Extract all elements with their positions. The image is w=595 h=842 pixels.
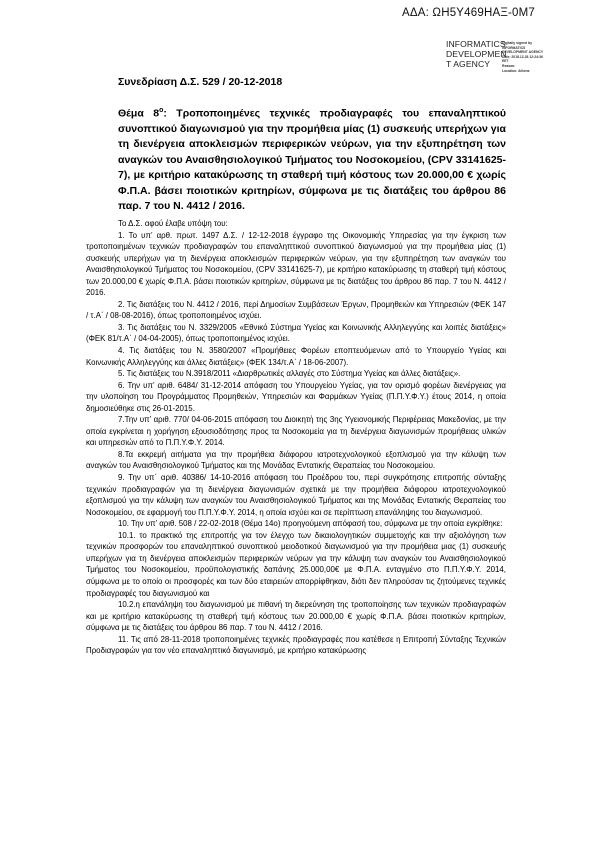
logo-line: T AGENCY (446, 60, 507, 70)
subject-heading: Θέμα 8ο: Τροποποιημένες τεχνικές προδιαγ… (118, 103, 506, 214)
body-intro: Το Δ.Σ. αφού έλαβε υπόψη του: (86, 218, 506, 230)
session-title: Συνεδρίαση Δ.Σ. 529 / 20-12-2018 (118, 76, 282, 88)
body-item-9: 9. Την υπ΄ αριθ. 40386/ 14-10-2016 απόφα… (86, 472, 506, 518)
body-item-10: 10. Την υπ’ αριθ. 508 / 22-02-2018 (Θέμα… (86, 518, 506, 530)
body-item-2: 2. Τις διατάξεις του Ν. 4412 / 2016, περ… (86, 299, 506, 322)
body-item-7: 7.Την υπ’ αριθ. 770/ 04-06-2015 απόφαση … (86, 414, 506, 449)
body-item-5: 5. Τις διατάξεις του Ν.3918/2011 «Διαρθρ… (86, 368, 506, 380)
ada-code: ΑΔΑ: ΩΗ5Υ469ΗΑΞ-0Μ7 (402, 7, 535, 19)
body-item-8: 8.Τα εκκρεμή αιτήματα για την προμήθεια … (86, 449, 506, 472)
body-item-3: 3. Τις διατάξεις του Ν. 3329/2005 «Εθνικ… (86, 322, 506, 345)
digital-signature-logo: INFORMATICS DEVELOPMEN T AGENCY Digitall… (446, 40, 595, 74)
body-item-11: 11. Τις από 28-11-2018 τροποποιημένες τε… (86, 634, 506, 657)
signature-org-name: INFORMATICS DEVELOPMEN T AGENCY (446, 40, 507, 69)
signature-stamp-details: Digitally signed by INFORMATICS DEVELOPM… (502, 41, 543, 73)
body-item-1: 1. Το υπ’ αρθ. πρωτ. 1497 Δ.Σ. / 12-12-2… (86, 230, 506, 299)
body-item-10-2: 10.2.η επανάληψη του διαγωνισμού με πιθα… (86, 599, 506, 634)
body-item-6: 6. Την υπ’ αριθ. 6484/ 31-12-2014 απόφασ… (86, 380, 506, 415)
subject-prefix: Θέμα 8 (118, 108, 159, 120)
document-body: Το Δ.Σ. αφού έλαβε υπόψη του: 1. Το υπ’ … (86, 218, 506, 657)
body-item-4: 4. Τις διατάξεις του Ν. 3580/2007 «Προμή… (86, 345, 506, 368)
body-item-10-1: 10.1. το πρακτικό της επιτροπής για τον … (86, 530, 506, 599)
subject-text: : Τροποποιημένες τεχνικές προδιαγραφές τ… (118, 108, 506, 212)
stamp-line: Location: Athens (502, 69, 543, 74)
